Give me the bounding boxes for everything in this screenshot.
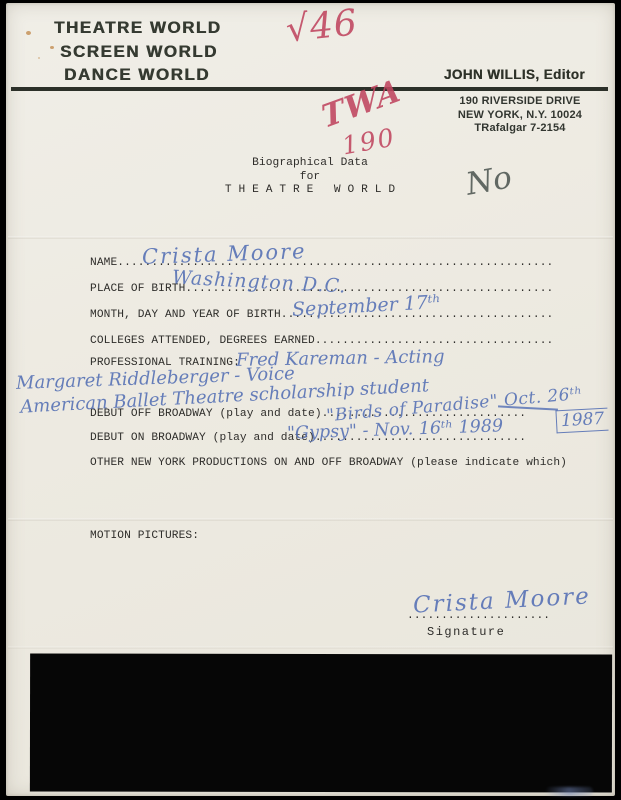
letterhead-address: 190 RIVERSIDE DRIVE NEW YORK, N.Y. 10024… <box>445 95 595 136</box>
field-label-motion-pictures: MOTION PICTURES: <box>90 530 199 542</box>
paper-stain <box>38 57 40 59</box>
address-line-street: 190 RIVERSIDE DRIVE <box>445 95 595 109</box>
signature-dotted-line: ..................... <box>407 610 550 622</box>
paper-stain <box>26 31 31 35</box>
field-label-colleges: COLLEGES ATTENDED, DEGREES EARNED.......… <box>90 335 553 347</box>
form-title-line3: T H E A T R E W O R L D <box>160 184 460 198</box>
redaction-box <box>30 653 612 792</box>
letterhead-screen-world: SCREEN WORLD <box>60 42 218 62</box>
faded-ink-smudge <box>545 787 593 796</box>
letterhead-dance-world: DANCE WORLD <box>64 65 210 85</box>
editor-name: JOHN WILLIS, Editor <box>444 67 585 82</box>
address-line-phone: TRafalgar 7-2154 <box>445 122 595 136</box>
red-ink-check-number: √46 <box>284 2 360 50</box>
signature-label: Signature <box>427 625 505 639</box>
address-line-city: NEW YORK, N.Y. 10024 <box>445 109 595 123</box>
scanned-document-page: THEATRE WORLD SCREEN WORLD DANCE WORLD J… <box>0 0 621 800</box>
form-title-line1: Biographical Data <box>160 157 460 171</box>
form-title-line2: for <box>160 171 460 185</box>
letterhead-divider <box>11 87 608 91</box>
letterhead-theatre-world: THEATRE WORLD <box>54 18 221 38</box>
handwritten-debut-off-year: 1987 <box>555 408 608 434</box>
field-label-other-productions: OTHER NEW YORK PRODUCTIONS ON AND OFF BR… <box>90 457 567 469</box>
paper-stain <box>50 46 54 49</box>
form-title: Biographical Data for T H E A T R E W O … <box>160 157 460 198</box>
